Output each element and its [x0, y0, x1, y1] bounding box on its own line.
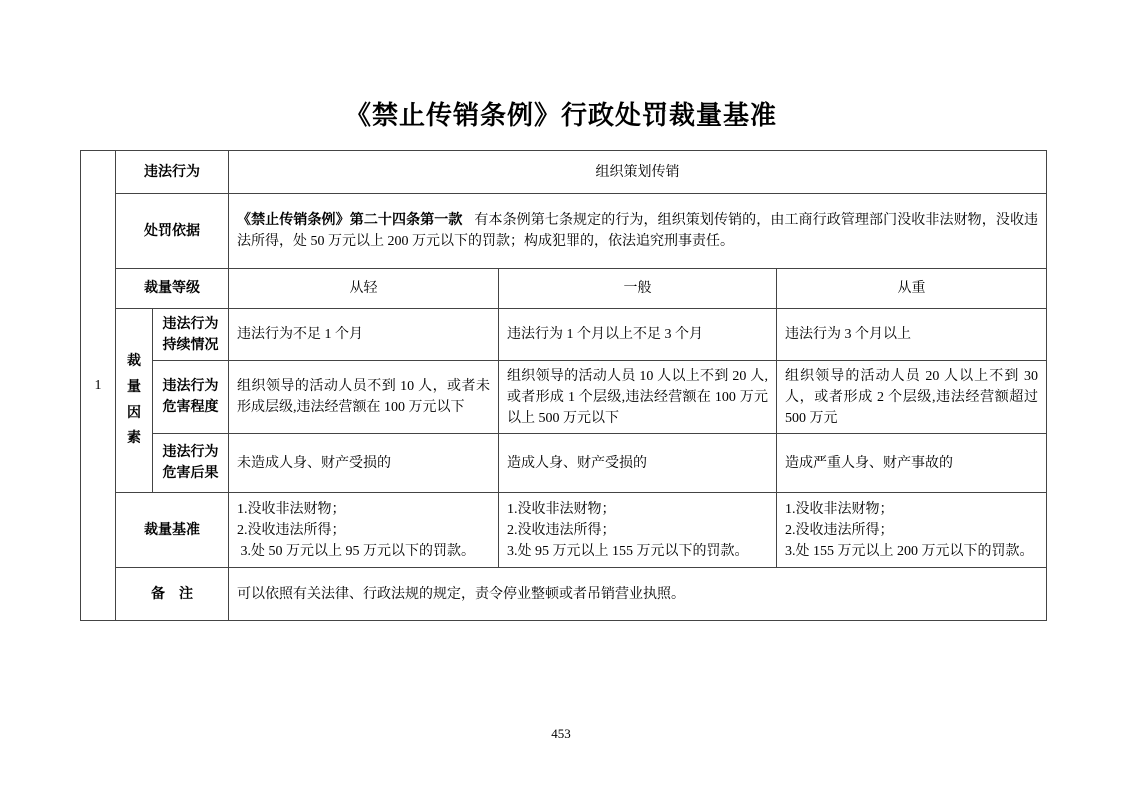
factor-duration-label: 违法行为 持续情况	[153, 309, 229, 361]
standard-light-item: 2.没收违法所得；	[237, 520, 490, 541]
page-title: 《禁止传销条例》行政处罚裁量基准	[0, 95, 1122, 132]
standard-general-item: 2.没收违法所得；	[507, 520, 768, 541]
standard-heavy-item: 2.没收违法所得；	[785, 520, 1038, 541]
factor-harm-degree-light: 组织领导的活动人员不到 10 人，或者未形成层级,违法经营额在 100 万元以下	[229, 361, 499, 434]
page-number: 453	[0, 726, 1122, 742]
factor-consequence-heavy: 造成严重人身、财产事故的	[777, 434, 1047, 493]
factor-duration-general: 违法行为 1 个月以上不足 3 个月	[499, 309, 777, 361]
factor-harm-degree-general: 组织领导的活动人员 10 人以上不到 20 人,或者形成 1 个层级,违法经营额…	[499, 361, 777, 434]
standard-general: 1.没收非法财物； 2.没收违法所得； 3.处 95 万元以上 155 万元以下…	[499, 493, 777, 568]
grade-level-general: 一般	[499, 269, 777, 309]
factor-harm-degree-label: 违法行为 危害程度	[153, 361, 229, 434]
standard-label: 裁量基准	[116, 493, 229, 568]
standard-light: 1.没收非法财物； 2.没收违法所得； 3.处 50 万元以上 95 万元以下的…	[229, 493, 499, 568]
standard-light-item: 1.没收非法财物；	[237, 499, 490, 520]
table-row: 违法行为 危害程度 组织领导的活动人员不到 10 人，或者未形成层级,违法经营额…	[81, 361, 1047, 434]
note-value: 可以依照有关法律、行政法规的规定，责令停业整顿或者吊销营业执照。	[229, 568, 1047, 621]
violation-label: 违法行为	[116, 151, 229, 194]
factors-label: 裁量因素	[116, 309, 153, 493]
penalty-basis-label: 处罚依据	[116, 194, 229, 269]
standard-general-item: 3.处 95 万元以上 155 万元以下的罚款。	[507, 541, 768, 562]
grade-level-heavy: 从重	[777, 269, 1047, 309]
penalty-basis-lead: 《禁止传销条例》第二十四条第一款	[237, 213, 463, 228]
discretion-standard-table: 1 违法行为 组织策划传销 处罚依据 《禁止传销条例》第二十四条第一款有本条例第…	[80, 150, 1047, 621]
note-label: 备 注	[116, 568, 229, 621]
table-row: 裁量等级 从轻 一般 从重	[81, 269, 1047, 309]
factor-duration-heavy: 违法行为 3 个月以上	[777, 309, 1047, 361]
standard-heavy-item: 3.处 155 万元以上 200 万元以下的罚款。	[785, 541, 1038, 562]
factor-consequence-general: 造成人身、财产受损的	[499, 434, 777, 493]
grade-level-light: 从轻	[229, 269, 499, 309]
standard-light-item: 3.处 50 万元以上 95 万元以下的罚款。	[237, 541, 490, 562]
table-row: 违法行为 危害后果 未造成人身、财产受损的 造成人身、财产受损的 造成严重人身、…	[81, 434, 1047, 493]
violation-value: 组织策划传销	[229, 151, 1047, 194]
factor-consequence-light: 未造成人身、财产受损的	[229, 434, 499, 493]
factor-duration-light: 违法行为不足 1 个月	[229, 309, 499, 361]
table-row: 处罚依据 《禁止传销条例》第二十四条第一款有本条例第七条规定的行为，组织策划传销…	[81, 194, 1047, 269]
standard-heavy-item: 1.没收非法财物；	[785, 499, 1038, 520]
table-row: 裁量因素 违法行为 持续情况 违法行为不足 1 个月 违法行为 1 个月以上不足…	[81, 309, 1047, 361]
table-row: 备 注 可以依照有关法律、行政法规的规定，责令停业整顿或者吊销营业执照。	[81, 568, 1047, 621]
factor-consequence-label: 违法行为 危害后果	[153, 434, 229, 493]
table-row: 裁量基准 1.没收非法财物； 2.没收违法所得； 3.处 50 万元以上 95 …	[81, 493, 1047, 568]
penalty-basis-value: 《禁止传销条例》第二十四条第一款有本条例第七条规定的行为，组织策划传销的，由工商…	[229, 194, 1047, 269]
row-number-cell: 1	[81, 151, 116, 621]
standard-general-item: 1.没收非法财物；	[507, 499, 768, 520]
standard-heavy: 1.没收非法财物； 2.没收违法所得； 3.处 155 万元以上 200 万元以…	[777, 493, 1047, 568]
table-row: 1 违法行为 组织策划传销	[81, 151, 1047, 194]
factor-harm-degree-heavy: 组织领导的活动人员 20 人以上不到 30 人，或者形成 2 个层级,违法经营额…	[777, 361, 1047, 434]
grade-label: 裁量等级	[116, 269, 229, 309]
